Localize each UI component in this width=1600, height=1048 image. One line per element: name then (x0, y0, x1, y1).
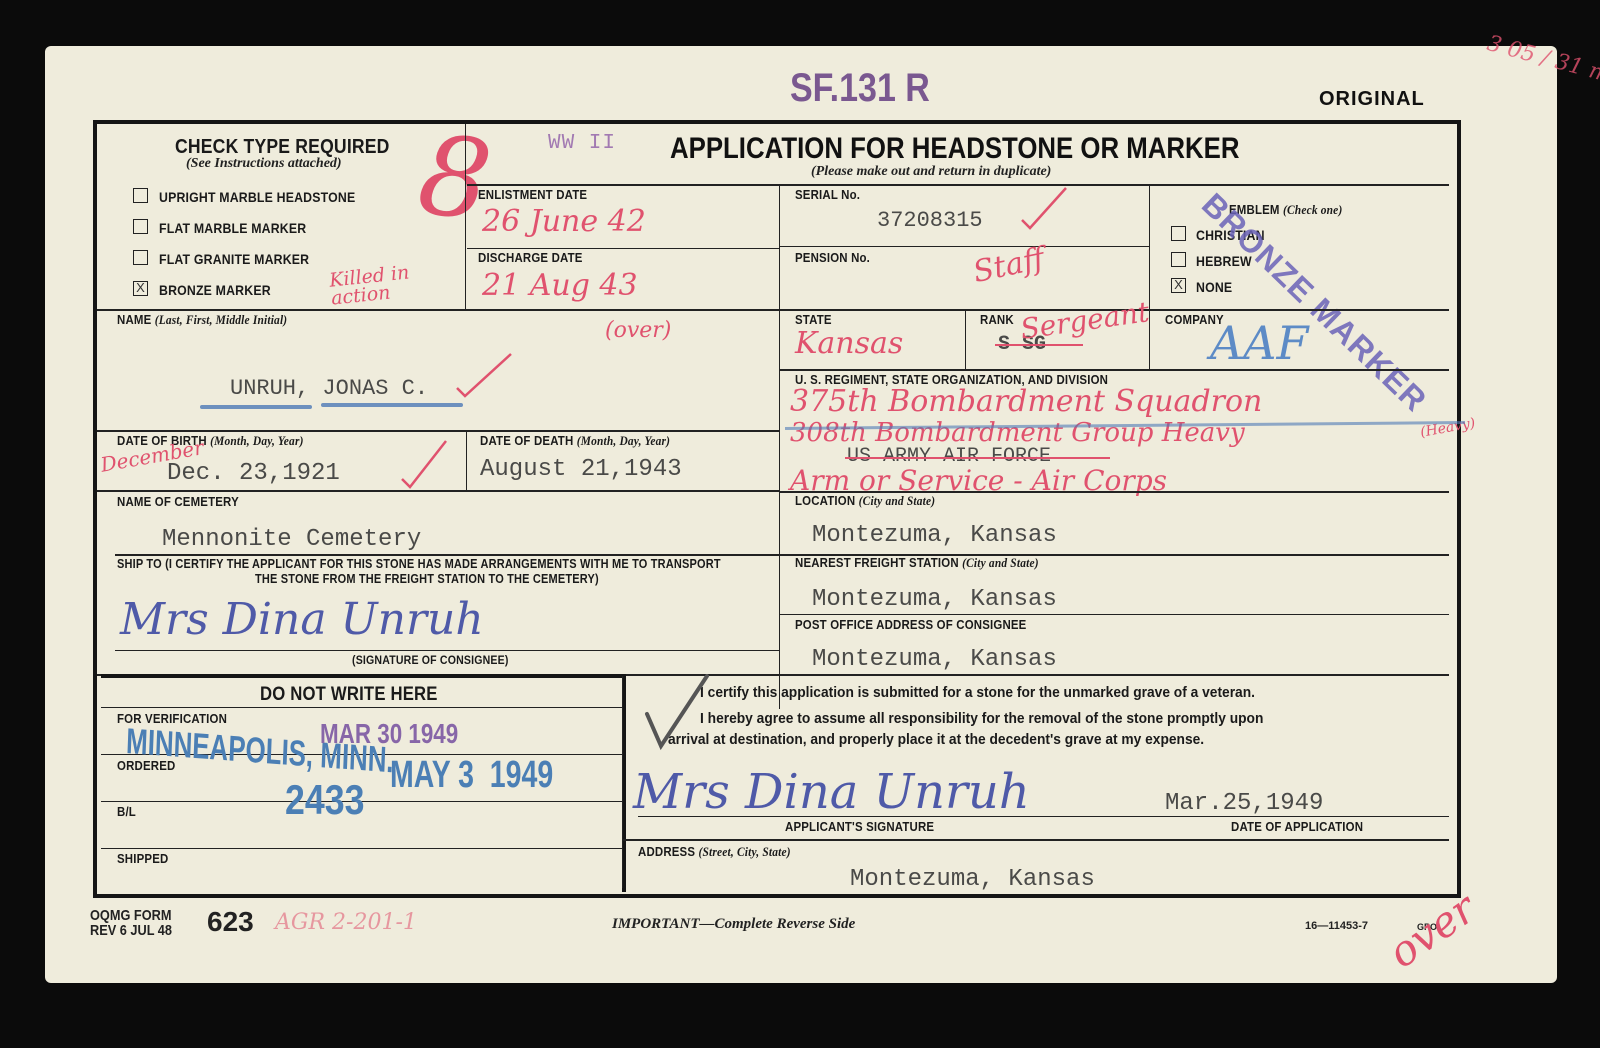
headstone-application-form: SF.131 R ORIGINAL 3 05 / 31 mar CHECK TY… (45, 46, 1557, 983)
office-use-heading: DO NOT WRITE HERE (260, 684, 438, 706)
name-value[interactable]: UNRUH, JONAS C. (230, 376, 428, 401)
pension-number-label: PENSION No. (795, 250, 870, 265)
check-option-label: FLAT GRANITE MARKER (159, 251, 309, 267)
state-value[interactable]: Kansas (795, 326, 903, 361)
discharge-date-label: DISCHARGE DATE (478, 250, 583, 265)
checkbox[interactable] (133, 188, 148, 203)
address-label: ADDRESS (Street, City, State) (638, 844, 791, 860)
check-option-label: FLAT MARBLE MARKER (159, 220, 306, 236)
discharge-date-value[interactable]: 21 Aug 43 (482, 268, 638, 303)
ship-to-label: SHIP TO (I CERTIFY THE APPLICANT FOR THI… (117, 557, 721, 571)
important-notice: IMPORTANT—Complete Reverse Side (612, 916, 855, 933)
verification-date-stamp: MAR 30 1949 (320, 718, 458, 750)
underline-mark (321, 403, 463, 407)
check-mark-icon (1020, 186, 1070, 230)
checkbox-checked[interactable]: X (133, 281, 148, 296)
cemetery-name-value[interactable]: Mennonite Cemetery (162, 526, 421, 553)
checkbox[interactable] (133, 250, 148, 265)
form-number: 623 (207, 906, 254, 938)
ship-to-label-cont: THE STONE FROM THE FREIGHT STATION TO TH… (255, 572, 599, 586)
birth-date-value[interactable]: Dec. 23,1921 (167, 460, 340, 487)
copy-label: ORIGINAL (1319, 88, 1425, 111)
regiment-handwritten-line-1: 375th Bombardment Squadron (790, 384, 1262, 419)
check-option-label: BRONZE MARKER (159, 282, 271, 298)
shipped-label: SHIPPED (117, 851, 168, 866)
ordered-date-stamp: MAY 3 1949 (390, 754, 553, 797)
death-date-label: DATE OF DEATH (Month, Day, Year) (480, 433, 670, 449)
print-code: 16—11453-7 (1305, 920, 1368, 932)
cemetery-name-label: NAME OF CEMETERY (117, 494, 239, 509)
address-value[interactable]: Montezuma, Kansas (850, 866, 1095, 893)
margin-annotation: 3 05 / 31 mar (1484, 31, 1600, 94)
po-address-label: POST OFFICE ADDRESS OF CONSIGNEE (795, 617, 1026, 632)
check-option-label: UPRIGHT MARBLE HEADSTONE (159, 189, 355, 205)
handwritten-code: AGR 2-201-1 (275, 910, 417, 935)
certification-line-3: arrival at destination, and properly pla… (668, 732, 1204, 748)
certification-line-1: I certify this application is submitted … (700, 685, 1255, 701)
pencil-check-mark-icon (643, 674, 713, 754)
form-code-stamp: SF.131 R (790, 66, 930, 111)
form-id: OQMG FORM REV 6 JUL 48 (90, 908, 172, 938)
death-date-value[interactable]: August 21,1943 (480, 456, 682, 483)
po-address-value[interactable]: Montezuma, Kansas (812, 646, 1057, 673)
war-stamp: WW II (548, 132, 616, 155)
form-subtitle: (Please make out and return in duplicate… (811, 164, 1051, 180)
emblem-option-label: NONE (1196, 279, 1232, 295)
enlistment-date-value[interactable]: 26 June 42 (482, 204, 646, 239)
location-label: LOCATION (City and State) (795, 493, 935, 509)
freight-station-value[interactable]: Montezuma, Kansas (812, 586, 1057, 613)
consignee-signature-label: (SIGNATURE OF CONSIGNEE) (352, 653, 509, 667)
applicant-signature-label: APPLICANT'S SIGNATURE (785, 819, 934, 834)
location-value[interactable]: Montezuma, Kansas (812, 522, 1057, 549)
bl-label: B/L (117, 804, 136, 819)
application-date-value[interactable]: Mar.25,1949 (1165, 790, 1323, 817)
enlistment-date-label: ENLISTMENT DATE (478, 187, 587, 202)
regiment-handwritten-line-2: 308th Bombardment Group Heavy (790, 418, 1245, 448)
bl-number-stamp: 2433 (285, 776, 364, 824)
checkbox[interactable] (133, 219, 148, 234)
serial-number-value[interactable]: 37208315 (877, 208, 983, 233)
consignee-signature[interactable]: Mrs Dina Unruh (120, 594, 484, 645)
form-revision: REV 6 JUL 48 (90, 923, 172, 938)
state-label: STATE (795, 312, 832, 327)
checkbox[interactable] (1171, 252, 1186, 267)
check-type-subheading: (See Instructions attached) (186, 156, 342, 172)
application-date-label: DATE OF APPLICATION (1231, 819, 1363, 834)
checkbox[interactable] (1171, 226, 1186, 241)
check-mark-icon (455, 352, 515, 400)
rank-label: RANK (980, 312, 1014, 327)
over-note: (over) (605, 318, 671, 343)
freight-station-label: NEAREST FREIGHT STATION (City and State) (795, 555, 1039, 571)
company-value[interactable]: AAF (1210, 316, 1308, 370)
certification-line-2: I hereby agree to assume all responsibil… (700, 711, 1263, 727)
form-title: APPLICATION FOR HEADSTONE OR MARKER (670, 132, 1240, 166)
checkbox-checked[interactable]: X (1171, 278, 1186, 293)
form-prefix: OQMG FORM (90, 908, 172, 923)
applicant-signature[interactable]: Mrs Dina Unruh (633, 764, 1030, 820)
check-mark-icon (400, 439, 450, 491)
serial-number-label: SERIAL No. (795, 187, 860, 202)
underline-mark (200, 405, 312, 409)
name-label: NAME (Last, First, Middle Initial) (117, 312, 287, 328)
